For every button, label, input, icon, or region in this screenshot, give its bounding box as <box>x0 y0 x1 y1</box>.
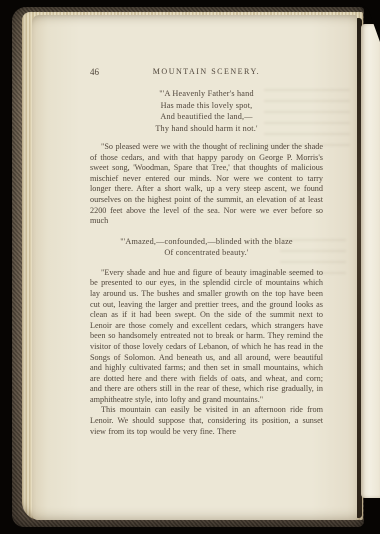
next-page-edge <box>361 24 380 498</box>
paragraph-2: "Every shade and hue and figure of beaut… <box>90 268 323 406</box>
verse-line: "'A Heavenly Father's hand <box>90 88 323 100</box>
paragraph-1: "So pleased were we with the thought of … <box>90 142 323 227</box>
verse-quote-2: "'Amazed,—confounded,—blinded with the b… <box>90 236 323 259</box>
book-page: 46 MOUNTAIN SCENERY. "'A Heavenly Father… <box>32 15 357 520</box>
page-text: 46 MOUNTAIN SCENERY. "'A Heavenly Father… <box>90 67 323 437</box>
page-number: 46 <box>90 67 99 77</box>
verse-line: Of concentrated beauty.' <box>90 247 323 259</box>
page-header: 46 MOUNTAIN SCENERY. <box>90 67 323 78</box>
verse-line: Has made this lovely spot, <box>90 100 323 112</box>
verse-line: Thy hand should harm it not.' <box>90 123 323 135</box>
running-header: MOUNTAIN SCENERY. <box>90 67 323 76</box>
verse-line: And beautified the land,— <box>90 111 323 123</box>
verse-quote-1: "'A Heavenly Father's hand Has made this… <box>90 88 323 134</box>
paragraph-3: This mountain can easily be visited in a… <box>90 405 323 437</box>
verse-line: "'Amazed,—confounded,—blinded with the b… <box>90 236 323 248</box>
book-photo: 46 MOUNTAIN SCENERY. "'A Heavenly Father… <box>0 0 380 534</box>
